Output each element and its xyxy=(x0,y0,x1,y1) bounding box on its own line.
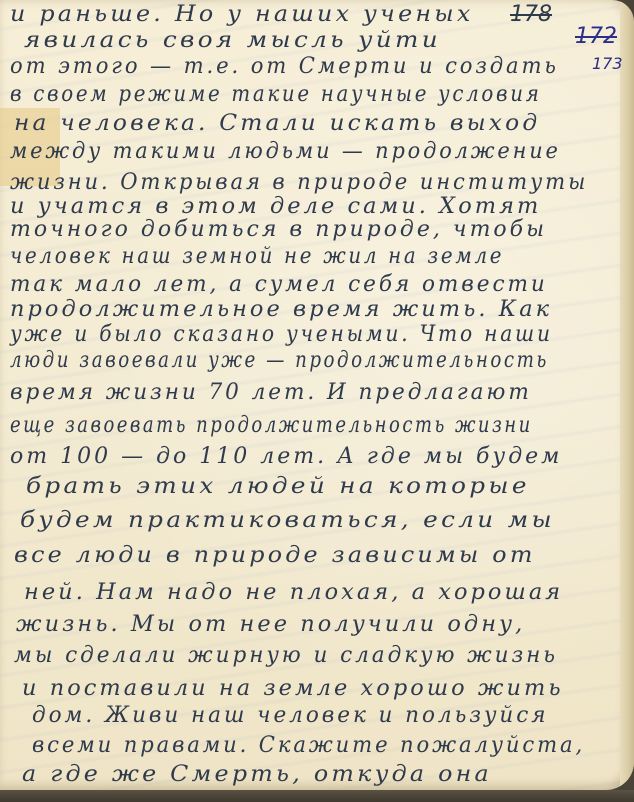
text-line: и раньше. Но у наших ученых xyxy=(10,2,473,27)
text-line: мы сделали жирную и сладкую жизнь xyxy=(14,643,558,668)
text-line: и поставили на земле хорошо жить xyxy=(22,676,564,701)
current-page-number: 173 xyxy=(592,54,623,73)
text-line: жизни. Открывая в природе институты xyxy=(10,170,588,195)
text-line: будем практиковаться, если мы xyxy=(20,508,555,533)
text-line: человек наш земной не жил на земле xyxy=(10,244,504,269)
page-edge xyxy=(620,0,634,790)
page-bottom-shadow xyxy=(0,790,634,802)
text-line: между такими людьми — продолжение xyxy=(10,139,561,164)
text-line: продолжительное время жить. Как xyxy=(10,297,552,322)
text-line: дом. Живи наш человек и пользуйся xyxy=(32,703,548,728)
text-line: и учатся в этом деле сами. Хотят xyxy=(10,194,541,219)
text-line: а где же Смерть, откуда она xyxy=(22,762,492,787)
text-line: все люди в природе зависимы от xyxy=(14,543,536,568)
text-line: в своем режиме такие научные условия xyxy=(10,82,542,107)
text-line: от 100 — до 110 лет. А где мы будем xyxy=(10,444,562,469)
crossed-page-number: 172 xyxy=(575,24,617,49)
text-line: всеми правами. Скажите пожалуйста, xyxy=(32,733,585,758)
text-line: брать этих людей на которые xyxy=(26,474,530,499)
old-page-number: 178 xyxy=(510,2,552,27)
text-line: жизнь. Мы от нее получили одну, xyxy=(16,612,525,637)
text-line: ней. Нам надо не плохая, а хорошая xyxy=(24,580,563,605)
text-line: точного добиться в природе, чтобы xyxy=(10,217,547,242)
text-line: время жизни 70 лет. И предлагают xyxy=(10,380,532,405)
text-line: люди завоевали уже — продолжительность xyxy=(10,348,549,373)
text-line: уже и было сказано учеными. Что наши xyxy=(10,322,553,347)
text-line: явилась своя мысль уйти xyxy=(24,28,441,53)
text-line: еще завоевать продолжительность жизни xyxy=(10,413,533,438)
text-line: так мало лет, а сумел себя отвести xyxy=(10,272,548,297)
notebook-page: 178 172 173 и раньше. Но у наших ученых … xyxy=(0,0,634,790)
text-line: от этого — т.е. от Смерти и создать xyxy=(10,54,559,79)
text-line: на человека. Стали искать выход xyxy=(14,111,540,136)
